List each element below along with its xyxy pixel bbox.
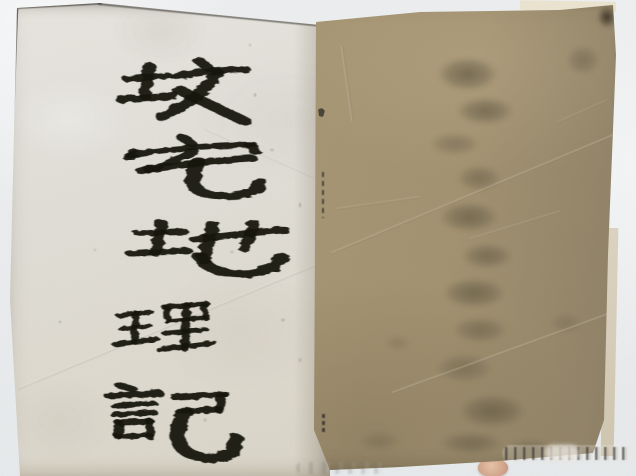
photo-frame: 坟宅地理記 坟 宅 [0, 0, 636, 476]
binding-stitch [322, 172, 324, 218]
watermark-highlight [545, 445, 579, 461]
binding-stitch [322, 414, 325, 434]
photo-watermark-faint [296, 462, 384, 474]
